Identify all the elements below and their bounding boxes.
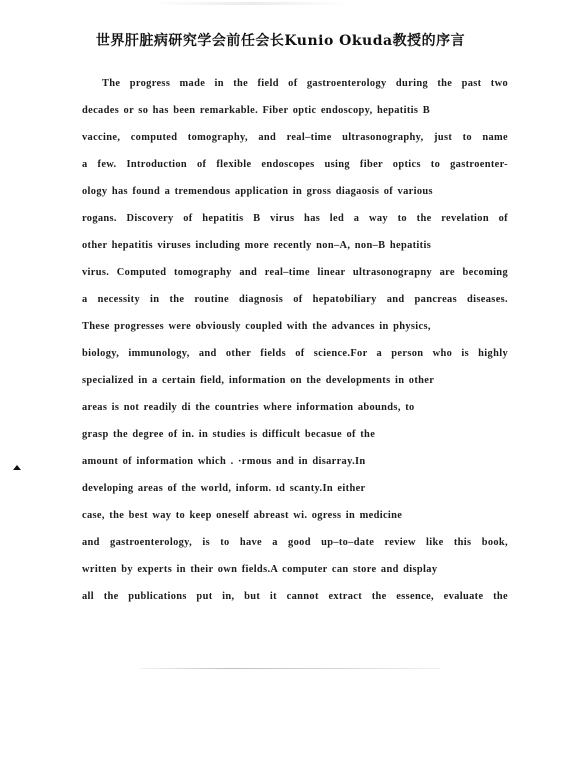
scanned-page: 世界肝脏病研究学会前任会长Kunio Okuda教授的序言 The progre… [0, 0, 561, 773]
text-line: a few. Introduction of flexible endoscop… [82, 157, 508, 184]
text-line: ology has found a tremendous application… [82, 184, 508, 211]
text-line: areas is not readily di the countries wh… [82, 400, 508, 427]
text-line: developing areas of the world, inform. ı… [82, 481, 508, 508]
text-line: decades or so has been remarkable. Fiber… [82, 103, 508, 130]
text-line: case, the best way to keep oneself abrea… [82, 508, 508, 535]
preface-paragraph: The progress made in the field of gastro… [82, 76, 508, 616]
text-line: and gastroenterology, is to have a good … [82, 535, 508, 562]
text-line: vaccine, computed tomography, and real–t… [82, 130, 508, 157]
margin-triangle-icon [13, 465, 21, 470]
text-line: written by experts in their own fields.A… [82, 562, 508, 589]
text-line: a necessity in the routine diagnosis of … [82, 292, 508, 319]
scan-artifact [150, 2, 350, 5]
text-line: virus. Computed tomography and real–time… [82, 265, 508, 292]
text-line: specialized in a certain field, informat… [82, 373, 508, 400]
text-line: other hepatitis viruses including more r… [82, 238, 508, 265]
page-title: 世界肝脏病研究学会前任会长Kunio Okuda教授的序言 [0, 30, 561, 50]
text-line: rogans. Discovery of hepatitis B virus h… [82, 211, 508, 238]
text-line: grasp the degree of in. in studies is di… [82, 427, 508, 454]
scan-footer-line [140, 668, 440, 669]
text-line: amount of information which . ·rmous and… [82, 454, 508, 481]
text-line: all the publications put in, but it cann… [82, 589, 508, 616]
text-line: These progresses were obviously coupled … [82, 319, 508, 346]
text-line: biology, immunology, and other fields of… [82, 346, 508, 373]
text-line: The progress made in the field of gastro… [82, 76, 508, 103]
